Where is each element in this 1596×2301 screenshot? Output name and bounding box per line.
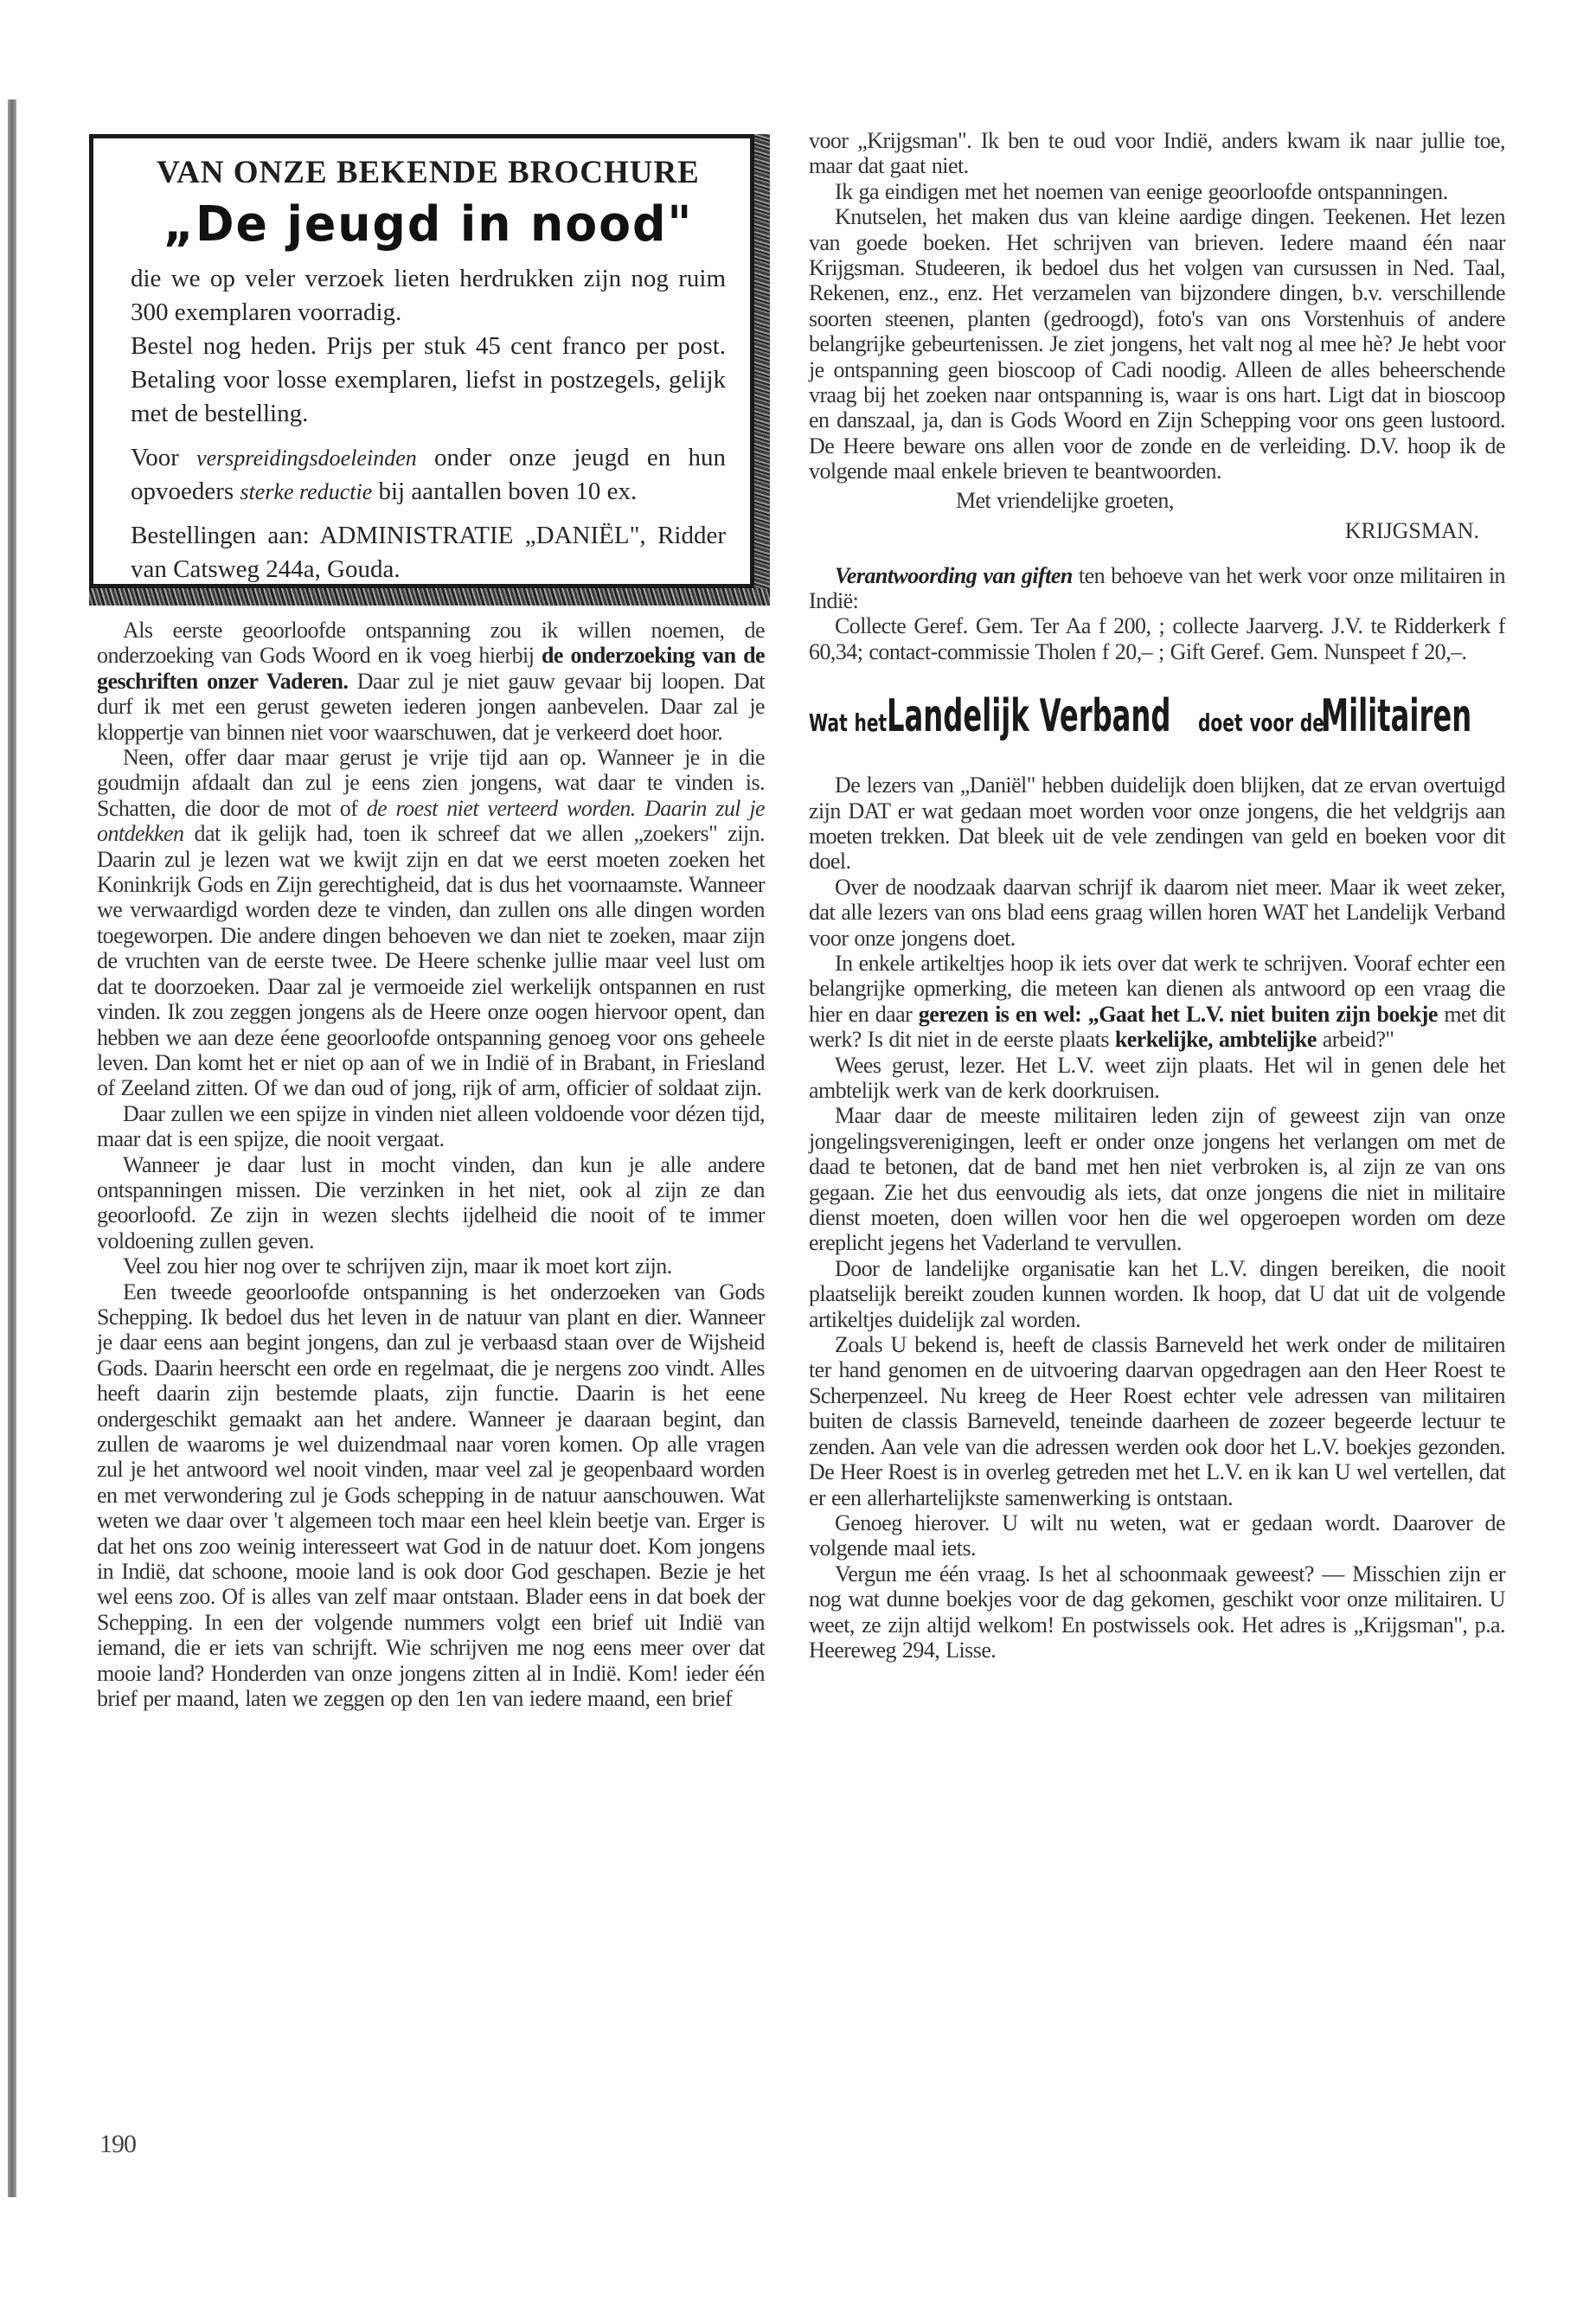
paragraph: Over de noodzaak daarvan schrijf ik daar… [809, 875, 1505, 951]
brochure-advertisement-box: VAN ONZE BEKENDE BROCHURE „De jeugd in n… [89, 134, 770, 606]
heading-part: Militairen [1321, 692, 1471, 740]
donations-heading: Verantwoording van giften [835, 563, 1073, 588]
paragraph: In enkele artikeltjes hoop ik iets over … [809, 951, 1505, 1053]
left-column: Als eerste geoorloofde ontspanning zou i… [97, 618, 765, 1711]
text-run: dat ik gelijk had, toen ik schreef dat w… [97, 821, 765, 1100]
paragraph: De lezers van „Daniël" hebben duidelijk … [809, 772, 1505, 875]
paragraph: Neen, offer daar maar gerust je vrije ti… [97, 745, 765, 1101]
paragraph: Een tweede geoorloofde ontspanning is he… [97, 1279, 765, 1712]
italic-run: sterke reductie [240, 479, 372, 504]
donations-list: Collecte Geref. Gem. Ter Aa f 200, ; col… [809, 613, 1505, 664]
paragraph: Genoeg hierover. U wilt nu weten, wat er… [809, 1510, 1505, 1561]
advertisement-price-text: Bestel nog heden. Prijs per stuk 45 cent… [131, 330, 726, 431]
paragraph: Ik ga eindigen met het noemen van eenige… [809, 179, 1505, 204]
paragraph: Knutselen, het maken dus van kleine aard… [809, 204, 1505, 484]
paragraph: Wees gerust, lezer. Het L.V. weet zijn p… [809, 1053, 1505, 1104]
page-number: 190 [99, 2130, 136, 2159]
bold-run: kerkelijke, ambtelijke [1115, 1027, 1317, 1052]
paragraph: Daar zullen we een spijze in vinden niet… [97, 1101, 765, 1152]
advertisement-order-address: Bestellingen aan: ADMINISTRATIE „DANIËL"… [131, 519, 726, 586]
article-heading: Wat het Landelijk Verband doet voor de M… [809, 692, 1505, 748]
paragraph: Veel zou hier nog over te schrijven zijn… [97, 1253, 765, 1279]
text-run: bij aantallen boven 10 ex. [372, 478, 637, 505]
heading-part: doet voor de [1198, 699, 1324, 747]
paragraph: Zoals U bekend is, heeft de classis Barn… [809, 1332, 1505, 1510]
closing-greeting: Met vriendelijke groeten, [809, 488, 1505, 513]
bold-run: gerezen is en wel: „Gaat het L.V. niet b… [919, 1002, 1438, 1027]
advertisement-stock-text: die we op veler verzoek lieten herdrukke… [131, 262, 726, 330]
box-shadow-bottom [89, 588, 770, 606]
paragraph: Wanneer je daar lust in mocht vinden, da… [97, 1152, 765, 1254]
donations-statement: Verantwoording van giften ten behoeve va… [809, 563, 1505, 614]
paragraph-continued: voor „Krijgsman". Ik ben te oud voor Ind… [809, 128, 1505, 179]
page-edge-binding-line [8, 99, 16, 2197]
box-shadow-right [754, 134, 770, 606]
advertisement-discount-text: Voor verspreidingsdoeleinden onder onze … [131, 441, 726, 509]
advertisement-content: VAN ONZE BEKENDE BROCHURE „De jeugd in n… [131, 153, 726, 586]
right-column: voor „Krijgsman". Ik ben te oud voor Ind… [809, 128, 1505, 1663]
paragraph: Maar daar de meeste militairen leden zij… [809, 1103, 1505, 1255]
heading-part: Landelijk Verband [887, 692, 1170, 740]
text-run: Voor [131, 444, 196, 471]
italic-run: verspreidingsdoeleinden [196, 445, 417, 471]
text-run: arbeid?" [1317, 1027, 1394, 1052]
brochure-title: „De jeugd in nood" [143, 198, 714, 252]
paragraph: Door de landelijke organisatie kan het L… [809, 1256, 1505, 1332]
paragraph: Als eerste geoorloofde ontspanning zou i… [97, 618, 765, 745]
paragraph: Vergun me één vraag. Is het al schoonmaa… [809, 1561, 1505, 1663]
heading-part: Wat het [809, 699, 883, 747]
author-signature: KRIJGSMAN. [809, 518, 1505, 543]
advertisement-kicker: VAN ONZE BEKENDE BROCHURE [131, 153, 726, 193]
